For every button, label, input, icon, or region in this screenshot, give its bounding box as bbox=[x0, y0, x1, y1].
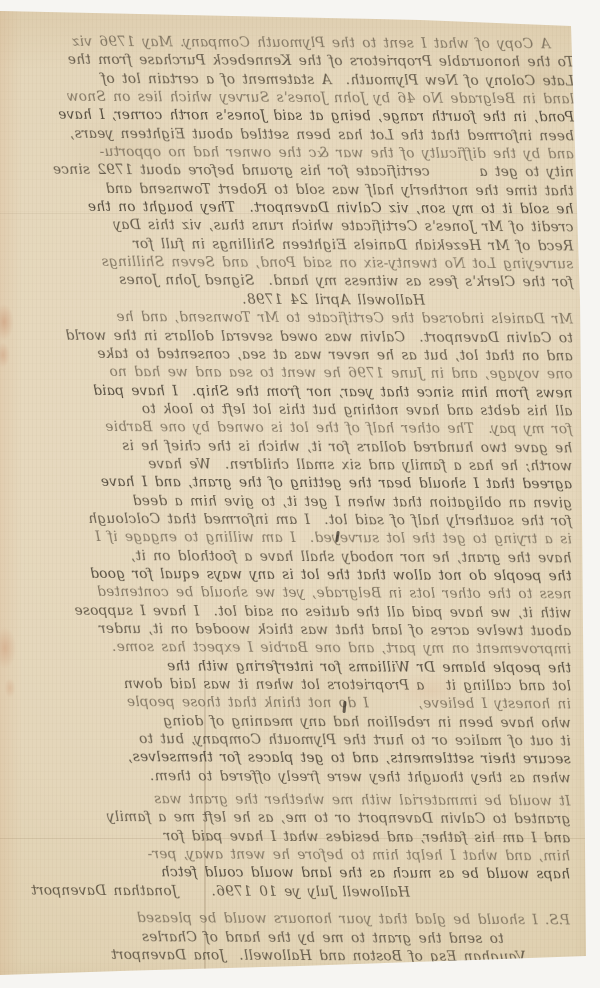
handwriting-line: for my pay. The other half of the lot is… bbox=[26, 418, 572, 439]
handwriting-line: he sold it to my son, viz Calvin Davenpo… bbox=[27, 198, 573, 219]
scanner-background: A Copy of what I sent to the Plymouth Co… bbox=[0, 0, 600, 988]
closing-block: It would be immaterial with me whether t… bbox=[24, 790, 570, 885]
handwriting-line: agreed that I should bear the getting of… bbox=[26, 473, 572, 494]
handwriting-line: Pond, in the fourth range, being at said… bbox=[28, 106, 574, 127]
mirrored-handwriting: A Copy of what I sent to the Plymouth Co… bbox=[24, 33, 575, 967]
letter-body-block: Mr Daniels indorsed the Certificate to M… bbox=[25, 308, 573, 788]
signoff-row: Hallowell July ye 10 1796. Jonathan Dave… bbox=[24, 881, 570, 902]
letter-paper: A Copy of what I sent to the Plymouth Co… bbox=[0, 0, 600, 988]
handwriting-line: when as they thought they were freely of… bbox=[25, 766, 571, 787]
signoff-place: Hallowell July ye 10 1796. bbox=[211, 882, 410, 901]
handwriting-line: To the honourable Proprietors of the Ken… bbox=[28, 51, 574, 72]
handwriting-line: one voyage, and in June 1796 he went to … bbox=[27, 363, 573, 384]
handwriting-line: surveying Lot No twenty-six on said Pond… bbox=[27, 253, 573, 274]
handwriting-line: Vaughan Esq of Boston and Hallowell. Jon… bbox=[24, 945, 570, 966]
handwriting-line: is a trying to get the lot surveyed. I a… bbox=[26, 528, 572, 549]
postscript-block: P.S. I should be glad that your honours … bbox=[24, 909, 570, 967]
handwriting-line: granted to Calvin Davenport or to me, as… bbox=[24, 808, 570, 829]
handwriting-line: ness to the other lots in Belgrade, yet … bbox=[25, 583, 571, 604]
copy-heading-block: A Copy of what I sent to the Plymouth Co… bbox=[27, 33, 574, 293]
signature: Jonathan Davenport bbox=[31, 881, 177, 900]
handwriting-line: news from him since that year, nor from … bbox=[27, 381, 573, 402]
handwriting-line: about twelve acres of land that was thic… bbox=[25, 620, 571, 641]
